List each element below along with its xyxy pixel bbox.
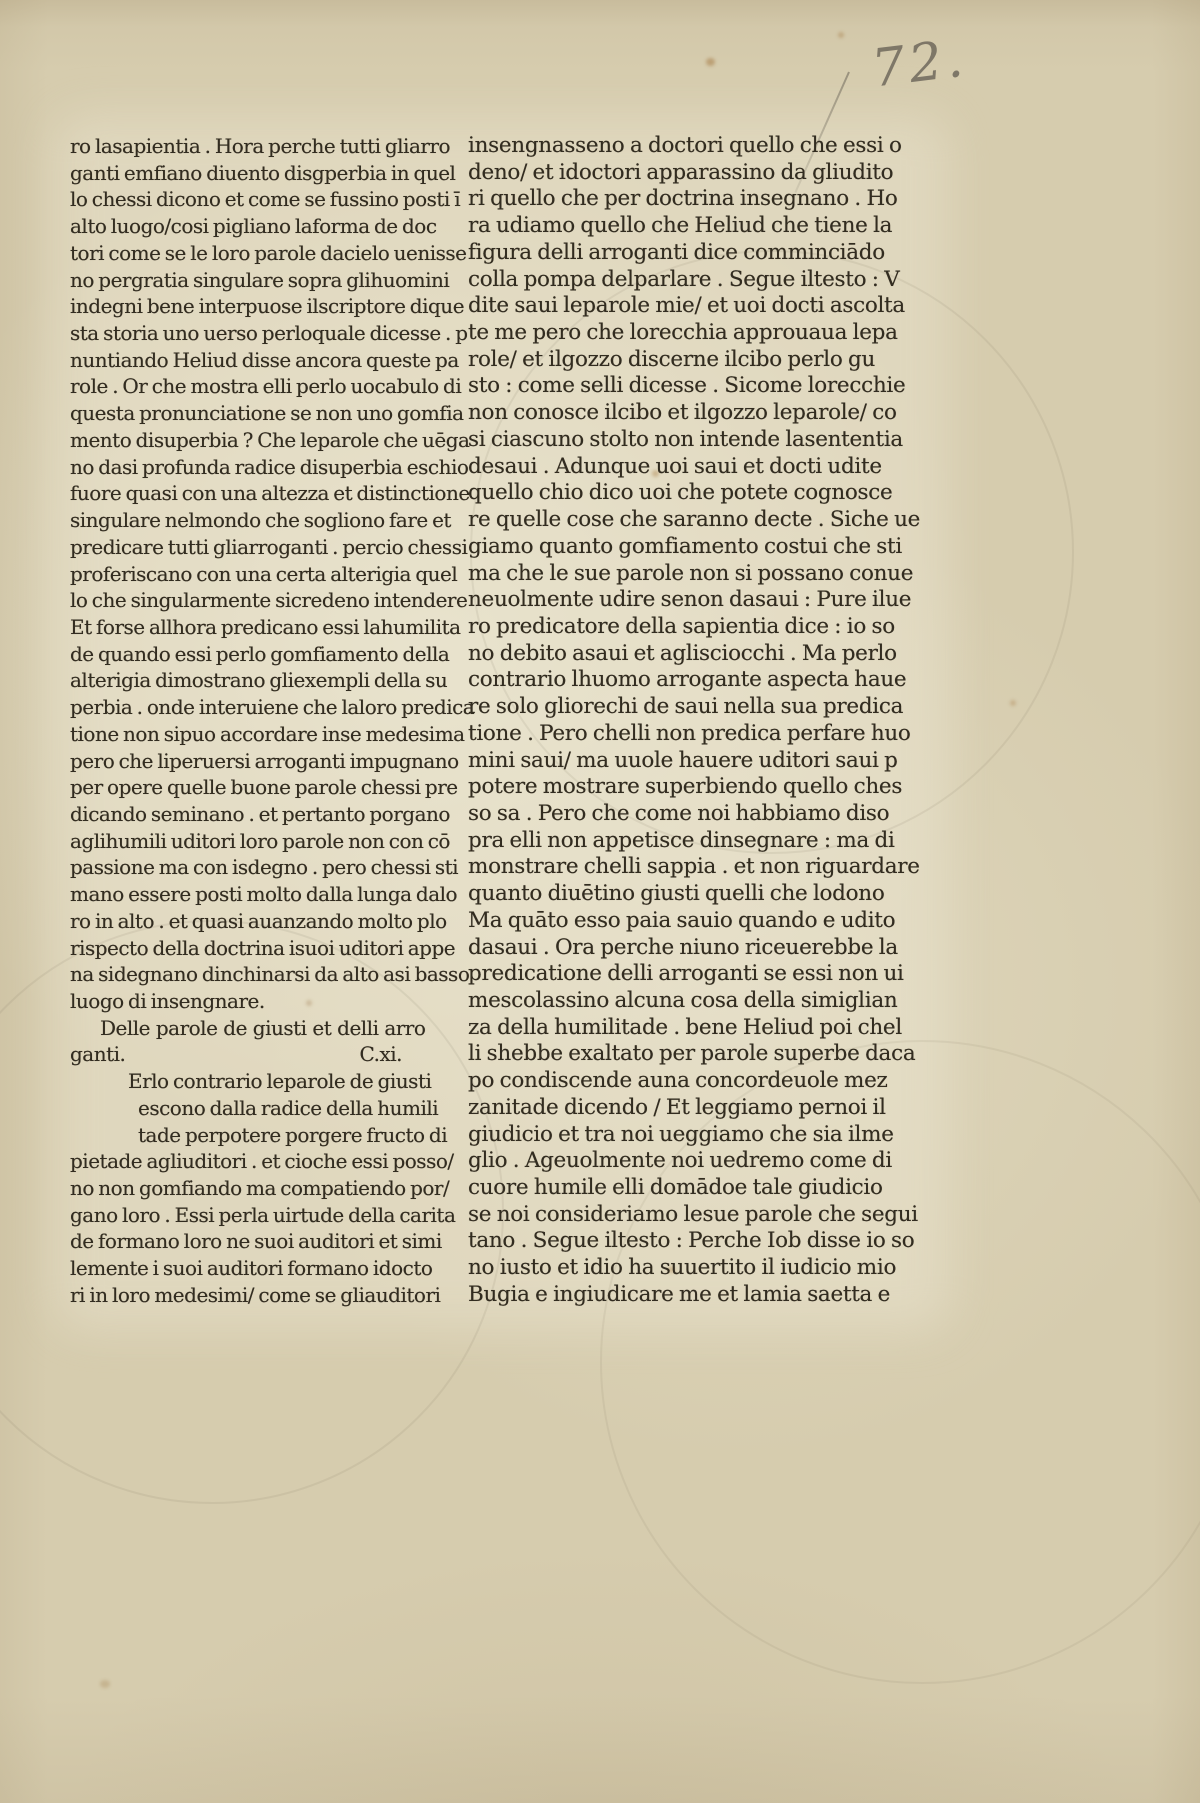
- foxing-spot: [100, 1680, 110, 1688]
- right-text-column: insengnasseno a doctori quello che essi …: [468, 133, 942, 1309]
- text-line: predicare tutti gliarroganti . percio ch…: [70, 534, 452, 561]
- right-paragraph: insengnasseno a doctori quello che essi …: [468, 133, 942, 1309]
- text-line: dite saui leparole mie/ et uoi docti asc…: [468, 293, 942, 320]
- text-line: gano loro . Essi perla uirtude della car…: [70, 1202, 452, 1229]
- text-line: po condiscende auna concordeuole mez: [468, 1068, 942, 1095]
- text-line: mano essere posti molto dalla lunga dalo: [70, 881, 452, 908]
- text-line: zanitade dicendo / Et leggiamo pernoi il: [468, 1095, 942, 1122]
- text-line: lo chessi dicono et come se fussino post…: [70, 186, 452, 213]
- text-line: singulare nelmondo che sogliono fare et: [70, 507, 452, 534]
- text-line: ri in loro medesimi/ come se gliauditori: [70, 1282, 452, 1309]
- text-line: neuolmente udire senon dasaui : Pure ilu…: [468, 587, 942, 614]
- text-line: ganti emfiano diuento disgperbia in quel: [70, 160, 452, 187]
- chapter-heading-text: Delle parole de giusti et delli arro: [100, 1015, 425, 1042]
- text-line: per opere quelle buone parole chessi pre: [70, 774, 452, 801]
- text-line: no non gomfiando ma compatiendo por/: [70, 1175, 452, 1202]
- text-line: aglihumili uditori loro parole non con c…: [70, 828, 452, 855]
- text-line: indegni bene interpuose ilscriptore diqu…: [70, 293, 452, 320]
- text-line: no debito asaui et aglisciocchi . Ma per…: [468, 641, 942, 668]
- chapter-heading-text-continued: ganti.: [70, 1041, 125, 1068]
- chapter-number: C.xi.: [360, 1041, 402, 1068]
- text-line: giamo quanto gomfiamento costui che sti: [468, 534, 942, 561]
- text-line: ri quello che per doctrina insegnano . H…: [468, 186, 942, 213]
- text-line: insengnasseno a doctori quello che essi …: [468, 133, 942, 160]
- text-line: Erlo contrario leparole de giusti: [70, 1068, 452, 1095]
- text-line: nuntiando Heliud disse ancora queste pa: [70, 347, 452, 374]
- text-line: role/ et ilgozzo discerne ilcibo perlo g…: [468, 347, 942, 374]
- text-line: ro predicatore della sapientia dice : io…: [468, 614, 942, 641]
- text-line: no iusto et idio ha suuertito il iudicio…: [468, 1255, 942, 1282]
- text-line: no pergratia singulare sopra glihuomini: [70, 267, 452, 294]
- text-line: tione non sipuo accordare inse medesima: [70, 721, 452, 748]
- text-line: tano . Segue iltesto : Perche Iob disse …: [468, 1228, 942, 1255]
- text-line: passione ma con isdegno . pero chessi st…: [70, 854, 452, 881]
- text-line: re quelle cose che saranno decte . Siche…: [468, 507, 942, 534]
- chapter-heading-line-2: ganti. C.xi.: [70, 1041, 452, 1068]
- text-line: li shebbe exaltato per parole superbe da…: [468, 1041, 942, 1068]
- text-line: dicando seminano . et pertanto porgano: [70, 801, 452, 828]
- text-line: so sa . Pero che come noi habbiamo diso: [468, 801, 942, 828]
- left-text-column: ro lasapientia . Hora perche tutti gliar…: [70, 133, 452, 1309]
- text-line: fuore quasi con una altezza et distincti…: [70, 480, 452, 507]
- text-line: alterigia dimostrano gliexempli della su: [70, 667, 452, 694]
- text-line: deno/ et idoctori apparassino da gliudit…: [468, 160, 942, 187]
- text-line: monstrare chelli sappia . et non riguard…: [468, 854, 942, 881]
- text-line: proferiscano con una certa alterigia que…: [70, 561, 452, 588]
- text-line: de formano loro ne suoi auditori et simi: [70, 1228, 452, 1255]
- text-line: no dasi profunda radice disuperbia eschi…: [70, 454, 452, 481]
- text-line: questa pronunciatione se non uno gomfia: [70, 400, 452, 427]
- foxing-spot: [1010, 700, 1016, 706]
- text-line: glio . Ageuolmente noi uedremo come di: [468, 1148, 942, 1175]
- scanned-book-page: { "page": { "folio_number": "72.", "colo…: [0, 0, 1200, 1803]
- text-line: escono dalla radice della humili: [70, 1095, 452, 1122]
- text-line: perbia . onde interuiene che laloro pred…: [70, 694, 452, 721]
- text-line: de quando essi perlo gomfiamento della: [70, 641, 452, 668]
- text-line: mento disuperbia ? Che leparole che uēga: [70, 427, 452, 454]
- text-line: mescolassino alcuna cosa della simiglian: [468, 988, 942, 1015]
- text-line: giudicio et tra noi ueggiamo che sia ilm…: [468, 1122, 942, 1149]
- text-line: desaui . Adunque uoi saui et docti udite: [468, 454, 942, 481]
- text-line: quello chio dico uoi che potete cognosce: [468, 480, 942, 507]
- text-line: tione . Pero chelli non predica perfare …: [468, 721, 942, 748]
- text-line: quanto diuētino giusti quelli che lodono: [468, 881, 942, 908]
- text-line: ro lasapientia . Hora perche tutti gliar…: [70, 133, 452, 160]
- text-line: contrario lhuomo arrogante aspecta haue: [468, 667, 942, 694]
- text-line: Bugia e ingiudicare me et lamia saetta e: [468, 1282, 942, 1309]
- text-line: tori come se le loro parole dacielo ueni…: [70, 240, 452, 267]
- text-line: colla pompa delparlare . Segue iltesto :…: [468, 267, 942, 294]
- left-chapter-paragraph: Erlo contrario leparole de giustiescono …: [70, 1068, 452, 1308]
- text-line: pero che liperuersi arroganti impugnano: [70, 748, 452, 775]
- text-line: non conosce ilcibo et ilgozzo leparole/ …: [468, 400, 942, 427]
- text-line: figura delli arroganti dice comminciādo: [468, 240, 942, 267]
- text-line: Ma quāto esso paia sauio quando e udito: [468, 908, 942, 935]
- text-line: na sidegnano dinchinarsi da alto asi bas…: [70, 961, 452, 988]
- foxing-spot: [838, 32, 844, 38]
- text-line: ra udiamo quello che Heliud che tiene la: [468, 213, 942, 240]
- text-line: lo che singularmente sicredeno intendere: [70, 587, 452, 614]
- text-line: re solo gliorechi de saui nella sua pred…: [468, 694, 942, 721]
- text-line: za della humilitade . bene Heliud poi ch…: [468, 1015, 942, 1042]
- text-line: tade perpotere porgere fructo di: [70, 1122, 452, 1149]
- chapter-heading-line-1: Delle parole de giusti et delli arro: [70, 1015, 452, 1042]
- text-line: sto : come selli dicesse . Sicome lorecc…: [468, 373, 942, 400]
- text-line: alto luogo/cosi pigliano laforma de doc: [70, 213, 452, 240]
- left-paragraph: ro lasapientia . Hora perche tutti gliar…: [70, 133, 452, 1015]
- text-line: potere mostrare superbiendo quello ches: [468, 774, 942, 801]
- text-line: ro in alto . et quasi auanzando molto pl…: [70, 908, 452, 935]
- text-line: pietade agliuditori . et cioche essi pos…: [70, 1148, 452, 1175]
- text-line: luogo di insengnare.: [70, 988, 452, 1015]
- text-line: se noi consideriamo lesue parole che seg…: [468, 1202, 942, 1229]
- foxing-spot: [706, 58, 715, 66]
- text-line: ma che le sue parole non si possano conu…: [468, 561, 942, 588]
- text-line: mini saui/ ma uuole hauere uditori saui …: [468, 748, 942, 775]
- text-line: si ciascuno stolto non intende lasentent…: [468, 427, 942, 454]
- text-line: te me pero che lorecchia approuaua lepa: [468, 320, 942, 347]
- text-line: role . Or che mostra elli perlo uocabulo…: [70, 373, 452, 400]
- text-line: lemente i suoi auditori formano idocto: [70, 1255, 452, 1282]
- text-line: predicatione delli arroganti se essi non…: [468, 961, 942, 988]
- text-line: sta storia uno uerso perloquale dicesse …: [70, 320, 452, 347]
- text-line: rispecto della doctrina isuoi uditori ap…: [70, 935, 452, 962]
- handwritten-folio-number: 72.: [869, 28, 970, 99]
- text-line: pra elli non appetisce dinsegnare : ma d…: [468, 828, 942, 855]
- text-line: dasaui . Ora perche niuno riceuerebbe la: [468, 935, 942, 962]
- text-line: Et forse allhora predicano essi lahumili…: [70, 614, 452, 641]
- text-line: cuore humile elli domādoe tale giudicio: [468, 1175, 942, 1202]
